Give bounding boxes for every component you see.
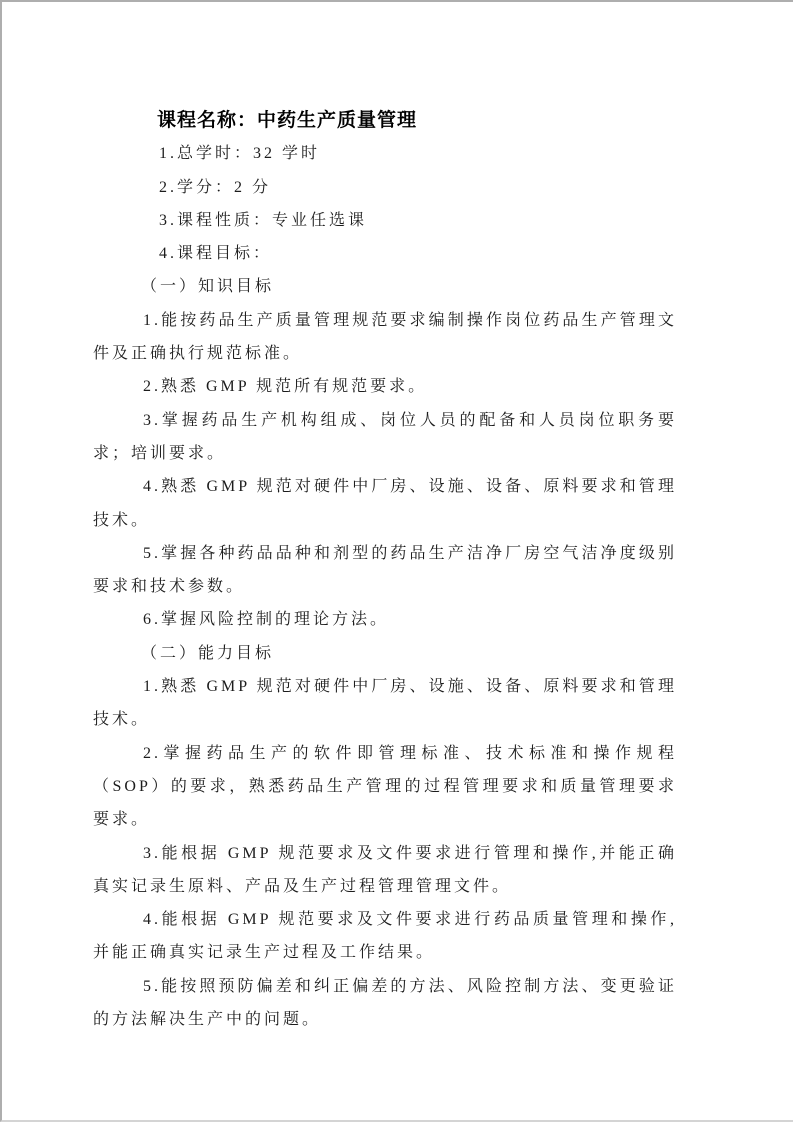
meta-total-hours: 1.总学时：32 学时 [93,137,677,170]
section-heading-ability-objectives: （二）能力目标 [93,637,677,670]
knowledge-objective-item: 2.熟悉 GMP 规范所有规范要求。 [93,370,677,403]
meta-credits: 2.学分：2 分 [93,171,677,204]
course-title: 课程名称：中药生产质量管理 [93,104,677,137]
ability-objective-item: 3.能根据 GMP 规范要求及文件要求进行管理和操作,并能正确真实记录生原料、产… [93,837,677,904]
meta-course-type: 3.课程性质：专业任选课 [93,204,677,237]
document-page: 课程名称：中药生产质量管理 1.总学时：32 学时 2.学分：2 分 3.课程性… [0,0,793,1122]
knowledge-objective-item: 5.掌握各种药品品种和剂型的药品生产洁净厂房空气洁净度级别要求和技术参数。 [93,537,677,604]
knowledge-objective-item: 3.掌握药品生产机构组成、岗位人员的配备和人员岗位职务要求；培训要求。 [93,404,677,471]
knowledge-objective-item: 4.熟悉 GMP 规范对硬件中厂房、设施、设备、原料要求和管理技术。 [93,470,677,537]
meta-course-objectives-label: 4.课程目标： [93,237,677,270]
document-content: 课程名称：中药生产质量管理 1.总学时：32 学时 2.学分：2 分 3.课程性… [93,104,677,1036]
ability-objective-item: 2.掌握药品生产的软件即管理标准、技术标准和操作规程（SOP）的要求，熟悉药品生… [93,737,677,837]
ability-objective-item: 1.熟悉 GMP 规范对硬件中厂房、设施、设备、原料要求和管理技术。 [93,670,677,737]
ability-objective-item: 5.能按照预防偏差和纠正偏差的方法、风险控制方法、变更验证的方法解决生产中的问题… [93,970,677,1037]
knowledge-objective-item: 6.掌握风险控制的理论方法。 [93,603,677,636]
knowledge-objective-item: 1.能按药品生产质量管理规范要求编制操作岗位药品生产管理文件及正确执行规范标准。 [93,304,677,371]
ability-objective-item: 4.能根据 GMP 规范要求及文件要求进行药品质量管理和操作,并能正确真实记录生… [93,903,677,970]
section-heading-knowledge-objectives: （一）知识目标 [93,270,677,303]
